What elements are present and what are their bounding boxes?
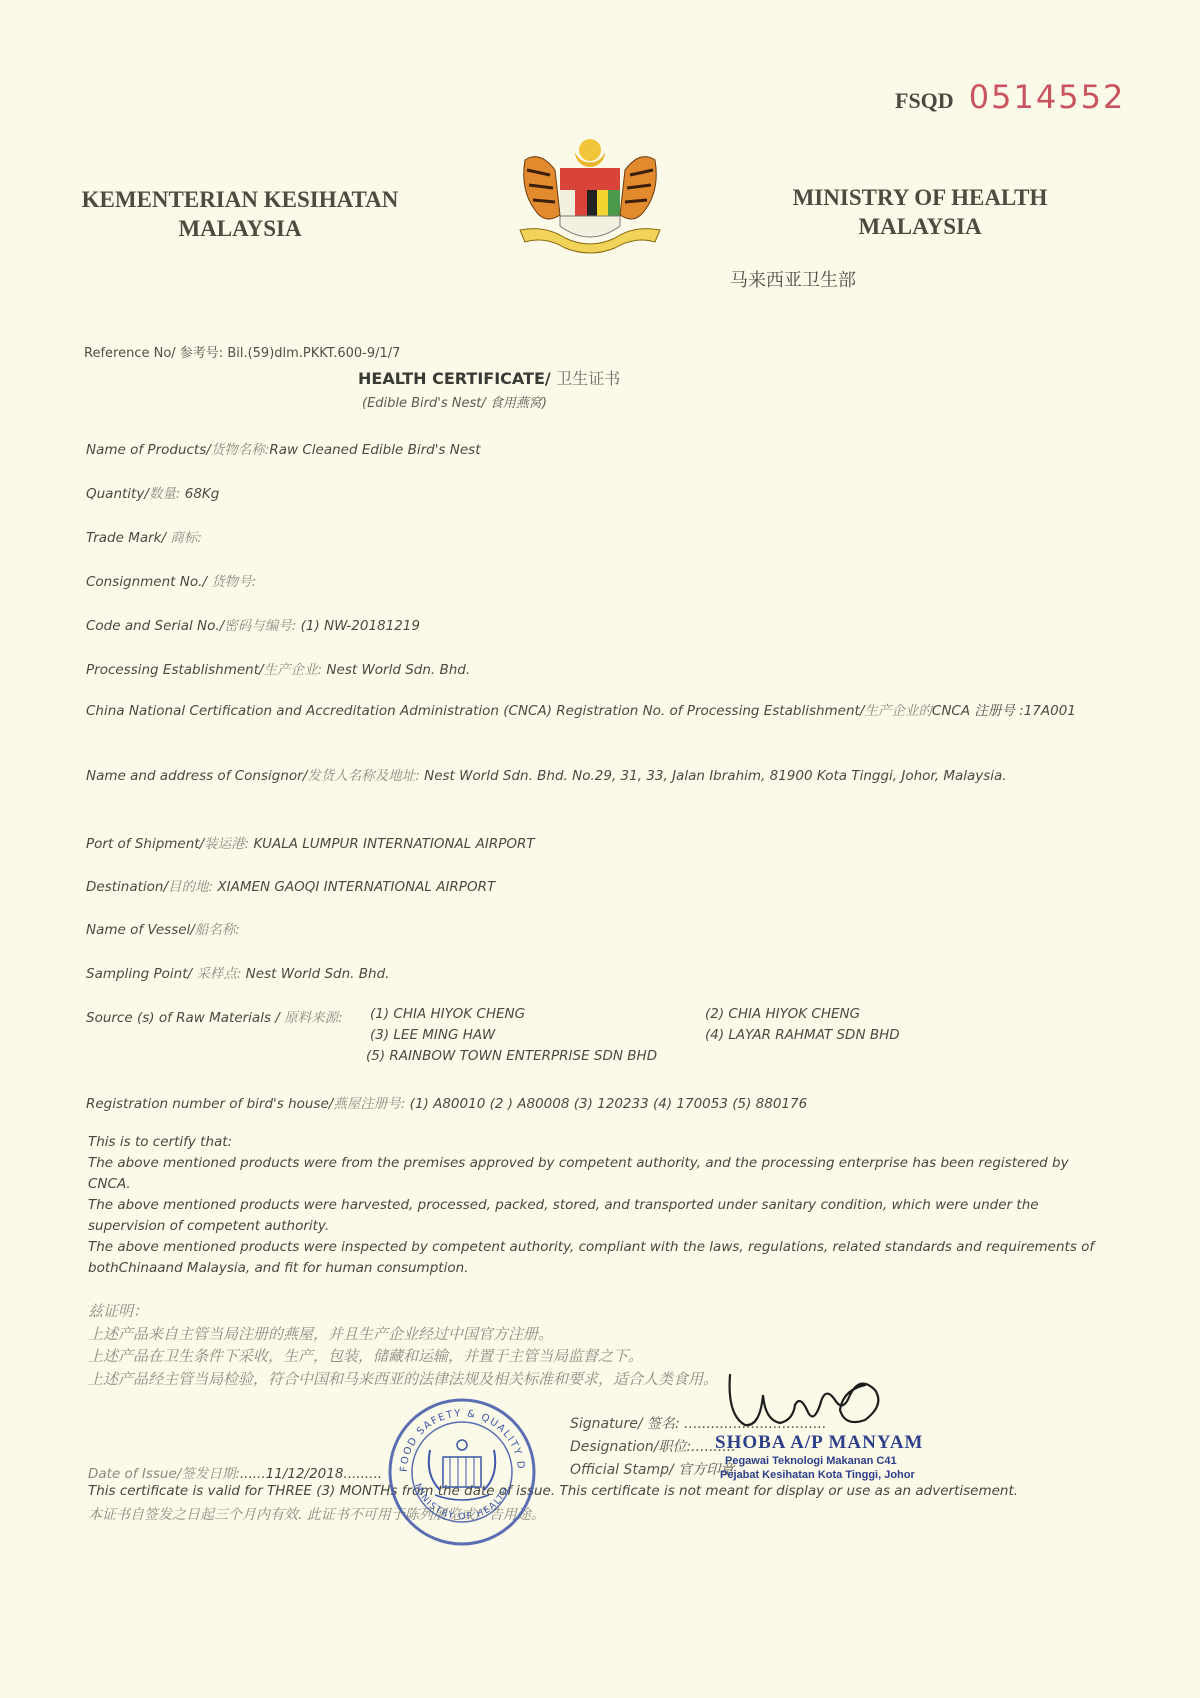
field-label: China National Certification and Accredi…	[86, 703, 864, 719]
field-label: Processing Establishment/	[86, 662, 264, 678]
field-label-cn: 船名称:	[195, 922, 240, 938]
handwritten-signature-icon	[725, 1365, 885, 1440]
field-label: Destination/	[86, 879, 168, 895]
field-label: Name of Vessel/	[86, 922, 195, 938]
field-consignment: Consignment No./ 货物号:	[86, 570, 256, 590]
field-product: Name of Products/货物名称:Raw Cleaned Edible…	[86, 438, 481, 458]
field-label: Code and Serial No./	[86, 618, 224, 634]
source-item: (3) LEE MING HAW	[370, 1027, 495, 1043]
officer-name: SHOBA A/P MANYAM	[715, 1432, 924, 1454]
field-value: Nest World Sdn. Bhd. No.29, 31, 33, Jala…	[420, 768, 1007, 784]
field-value: XIAMEN GAOQI INTERNATIONAL AIRPORT	[213, 879, 495, 895]
certify-intro: This is to certify that:	[88, 1132, 1098, 1153]
field-value: Nest World Sdn. Bhd.	[241, 966, 389, 982]
field-label-cn: 目的地:	[168, 879, 213, 895]
certificate-subtitle: (Edible Bird's Nest/ 食用燕窝)	[362, 392, 547, 411]
officer-title: Pegawai Teknologi Makanan C41	[725, 1455, 897, 1467]
field-label-cn: 商标:	[170, 530, 202, 546]
field-label-cn: 采样点:	[196, 966, 241, 982]
field-label: Quantity/	[86, 486, 149, 502]
header-ministry-chinese: 马来西亚卫生部	[730, 266, 856, 292]
source-item: (2) CHIA HIYOK CHENG	[705, 1006, 860, 1022]
field-label: Name of Products/	[86, 442, 211, 458]
field-value: 68Kg	[180, 486, 219, 502]
serial-prefix: FSQD	[895, 88, 954, 113]
field-value: Nest World Sdn. Bhd.	[322, 662, 470, 678]
source-item: (4) LAYAR RAHMAT SDN BHD	[705, 1027, 900, 1043]
certify-line: The above mentioned products were harves…	[88, 1195, 1098, 1237]
date-value: ......11/12/2018.........	[240, 1466, 382, 1482]
validity-statement: This certificate is valid for THREE (3) …	[88, 1483, 1098, 1499]
field-label: Name and address of Consignor/	[86, 768, 307, 784]
field-label-cn: 密码与编号:	[224, 618, 296, 634]
field-value: CNCA 注册号 :17A001	[932, 703, 1076, 719]
reference-number: Reference No/ 参考号: Bil.(59)dlm.PKKT.600-…	[84, 342, 400, 361]
field-trademark: Trade Mark/ 商标:	[86, 526, 202, 546]
field-label: Source (s) of Raw Materials /	[86, 1010, 284, 1026]
field-establishment: Processing Establishment/生产企业: Nest Worl…	[86, 658, 470, 678]
stamp-text-top: FOOD SAFETY & QUALITY DIVISION	[385, 1395, 526, 1472]
header-ministry-english: MINISTRY OF HEALTH MALAYSIA	[760, 183, 1080, 241]
field-sources-label: Source (s) of Raw Materials / 原料来源:	[86, 1006, 343, 1026]
field-destination: Destination/目的地: XIAMEN GAOQI INTERNATIO…	[86, 875, 495, 895]
field-sampling: Sampling Point/ 采样点: Nest World Sdn. Bhd…	[86, 962, 389, 982]
title-english: HEALTH CERTIFICATE/	[358, 369, 556, 388]
certificate-serial: FSQD 0514552	[895, 78, 1125, 116]
header-ministry-malay: KEMENTERIAN KESIHATAN MALAYSIA	[60, 185, 420, 243]
reference-label: Reference No/ 参考号:	[84, 346, 227, 361]
certification-statement-english: This is to certify that: The above menti…	[88, 1132, 1098, 1279]
header-left-line2: MALAYSIA	[60, 214, 420, 243]
field-label-cn: 货物名称:	[211, 442, 270, 458]
header-left-line1: KEMENTERIAN KESIHATAN	[60, 185, 420, 214]
header-right-line1: MINISTRY OF HEALTH	[760, 183, 1080, 212]
field-label: Sampling Point/	[86, 966, 196, 982]
source-item: (1) CHIA HIYOK CHENG	[370, 1006, 525, 1022]
field-quantity: Quantity/数量: 68Kg	[86, 482, 219, 502]
serial-number: 0514552	[969, 78, 1126, 116]
field-port: Port of Shipment/装运港: KUALA LUMPUR INTER…	[86, 832, 535, 852]
reference-value: Bil.(59)dlm.PKKT.600-9/1/7	[227, 346, 400, 361]
field-label-cn: 原料来源:	[284, 1010, 343, 1026]
certify-line: The above mentioned products were from t…	[88, 1153, 1098, 1195]
field-label-cn: 发货人名称及地址:	[307, 768, 420, 784]
field-vessel: Name of Vessel/船名称:	[86, 918, 240, 938]
field-value: (1) NW-20181219	[296, 618, 420, 634]
certify-cn-intro: 兹证明：	[88, 1300, 888, 1323]
date-of-issue: Date of Issue/签发日期:......11/12/2018.....…	[88, 1462, 382, 1482]
official-stamp-icon: FOOD SAFETY & QUALITY DIVISION MINISTRY …	[385, 1395, 540, 1550]
field-label-cn: 生产企业:	[264, 662, 323, 678]
field-birdhouse-registration: Registration number of bird's house/燕屋注册…	[86, 1092, 807, 1112]
field-label: Port of Shipment/	[86, 836, 204, 852]
header-right-line2: MALAYSIA	[760, 212, 1080, 241]
malaysia-coat-of-arms-icon	[505, 130, 675, 260]
field-label-cn: 货物号:	[211, 574, 256, 590]
field-consignor: Name and address of Consignor/发货人名称及地址: …	[86, 765, 1086, 787]
field-label: Consignment No./	[86, 574, 211, 590]
date-label: Date of Issue/签发日期:	[88, 1466, 240, 1482]
source-item: (5) RAINBOW TOWN ENTERPRISE SDN BHD	[366, 1048, 657, 1064]
title-chinese: 卫生证书	[556, 369, 620, 388]
field-label-cn: 生产企业的	[864, 703, 932, 719]
field-label-cn: 燕屋注册号:	[333, 1096, 405, 1112]
field-value: KUALA LUMPUR INTERNATIONAL AIRPORT	[249, 836, 534, 852]
field-label-cn: 数量:	[149, 486, 181, 502]
certify-cn-line: 上述产品来自主管当局注册的燕屋，并且生产企业经过中国官方注册。	[88, 1323, 888, 1346]
field-value: (1) A80010 (2 ) A80008 (3) 120233 (4) 17…	[405, 1096, 807, 1112]
field-code-serial: Code and Serial No./密码与编号: (1) NW-201812…	[86, 614, 420, 634]
certify-line: The above mentioned products were inspec…	[88, 1237, 1098, 1279]
certificate-title: HEALTH CERTIFICATE/ 卫生证书	[358, 366, 620, 389]
officer-office: Pejabat Kesihatan Kota Tinggi, Johor	[720, 1469, 915, 1481]
field-label: Trade Mark/	[86, 530, 170, 546]
field-value: Raw Cleaned Edible Bird's Nest	[269, 442, 480, 458]
field-label: Registration number of bird's house/	[86, 1096, 333, 1112]
field-cnca: China National Certification and Accredi…	[86, 700, 1086, 722]
field-label-cn: 装运港:	[204, 836, 249, 852]
svg-text:FOOD SAFETY & QUALITY DIVISION: FOOD SAFETY & QUALITY DIVISION	[385, 1395, 526, 1472]
